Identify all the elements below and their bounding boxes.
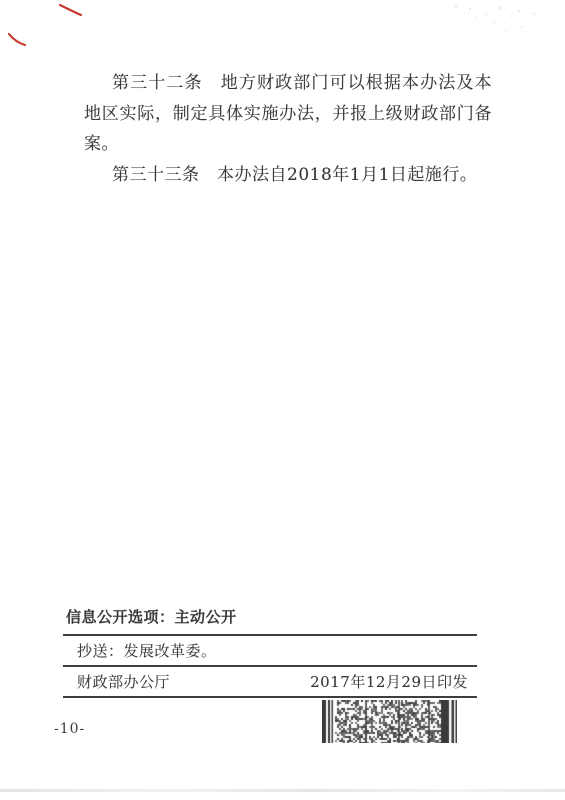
info-disclosure-line: 信息公开选项：主动公开 xyxy=(63,604,477,634)
red-annotation-mark-icon xyxy=(58,2,84,18)
red-annotation-mark-icon xyxy=(6,30,28,48)
issuing-office: 财政部办公厅 xyxy=(77,674,170,690)
barcode-2d-icon xyxy=(322,700,457,743)
scanned-document-page: 第三十二条 地方财政部门可以根据本办法及本地区实际，制定具体实施办法，并报上级财… xyxy=(0,0,565,800)
page-number: -10- xyxy=(54,721,85,737)
body-paragraph-article-32: 第三十二条 地方财政部门可以根据本办法及本地区实际，制定具体实施办法，并报上级财… xyxy=(84,68,492,160)
print-date: 2017年12月29日印发 xyxy=(310,674,477,690)
document-footer: 信息公开选项：主动公开 抄送：发展改革委。 财政部办公厅 2017年12月29日… xyxy=(63,604,477,698)
footer-rule xyxy=(63,696,477,698)
issuer-row: 财政部办公厅 2017年12月29日印发 xyxy=(63,667,477,696)
scan-edge-streak xyxy=(0,789,565,792)
body-paragraph-article-33: 第三十三条 本办法自2018年1月1日起施行。 xyxy=(84,160,492,191)
cc-line: 抄送：发展改革委。 xyxy=(63,636,477,665)
document-body: 第三十二条 地方财政部门可以根据本办法及本地区实际，制定具体实施办法，并报上级财… xyxy=(84,68,492,190)
scan-noise-speckles xyxy=(455,6,457,8)
